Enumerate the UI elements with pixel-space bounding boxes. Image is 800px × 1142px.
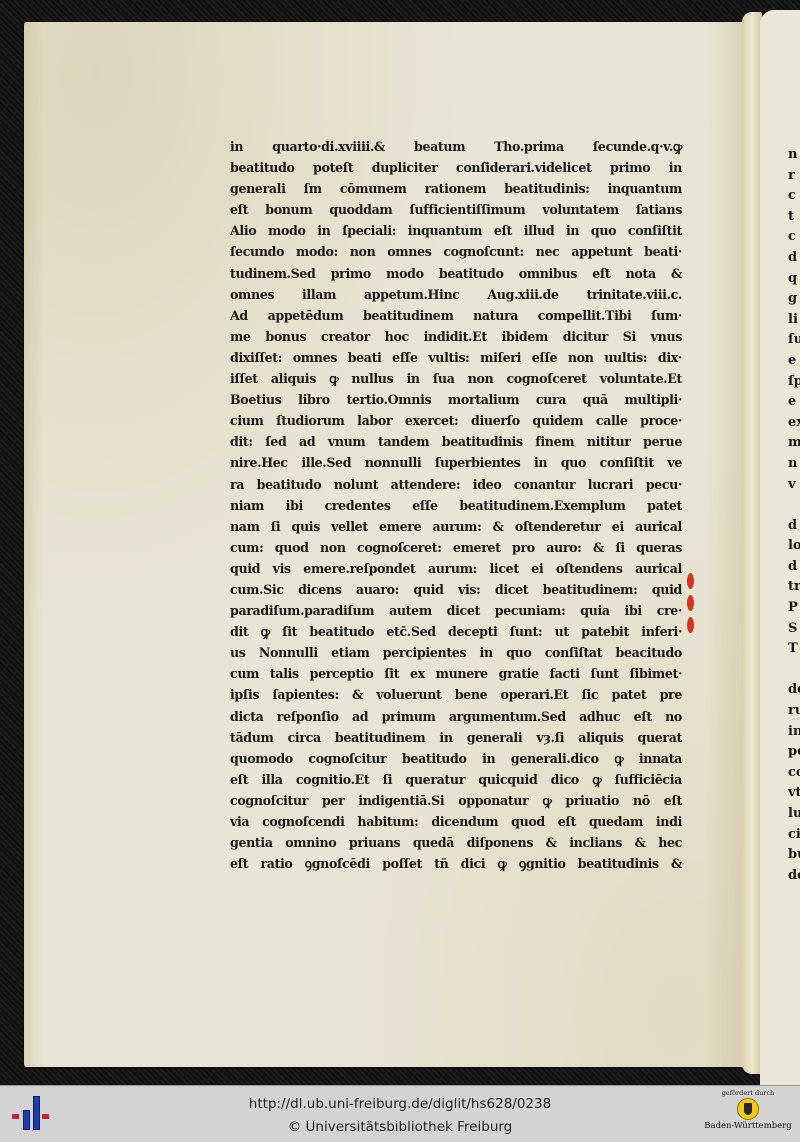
- text-line: paradiſum.paradiſum autem dicet pecuniam…: [230, 600, 682, 621]
- text-line: beatitudo poteſt dupliciter conſiderari.…: [230, 157, 682, 178]
- permalink-url[interactable]: http://dl.ub.uni-freiburg.de/diglit/hs62…: [0, 1096, 800, 1112]
- text-line: me bonus creator hoc indidit.Et ibidem d…: [230, 326, 682, 347]
- text-line: cum talis perceptio ſit ex munere gratie…: [230, 663, 682, 684]
- text-line: quid vis emere.reſpondet aurum: licet ei…: [230, 558, 682, 579]
- text-line: dit: ſed ad vnum tandem beatitudinis fin…: [230, 431, 682, 452]
- text-line: Boetius libro tertio.Omnis mortalium cur…: [230, 389, 682, 410]
- sponsor-label: gefördert durch: [700, 1089, 796, 1097]
- rubric-mark: [687, 617, 694, 633]
- footer-bar: http://dl.ub.uni-freiburg.de/diglit/hs62…: [0, 1085, 800, 1142]
- text-line: tādum circa beatitudinem in generali vȝ.…: [230, 727, 682, 748]
- manuscript-text-block: in quarto·di.xviiii.& beatum Tho.prima ſ…: [230, 136, 682, 874]
- text-line: dixiſſet: omnes beati eſſe vultis: miſer…: [230, 347, 682, 368]
- sponsor-badge[interactable]: gefördert durch Baden-Württemberg: [700, 1089, 796, 1131]
- scan-viewport: n r c t c d q g li ſu e ſp e ex m n v d …: [0, 0, 800, 1085]
- text-line: eſt ratio ꝯgnoſcēdi poſſet tn̄ dici ꝙ ꝯg…: [230, 853, 682, 874]
- text-line: ra beatitudo nolunt attendere: ideo cona…: [230, 474, 682, 495]
- text-line: via cognoſcendi habitum: dicendum quod e…: [230, 811, 682, 832]
- text-line: gentia omnino priuans quedā diſponens & …: [230, 832, 682, 853]
- text-line: quomodo cognoſcitur beatitudo in general…: [230, 748, 682, 769]
- text-line: Ad appetēdum beatitudinem natura compell…: [230, 305, 682, 326]
- text-line: us Nonnulli etiam percipientes in quo co…: [230, 642, 682, 663]
- text-line: Alio modo in ſpeciali: inquantum eſt ill…: [230, 220, 682, 241]
- text-line: ipſis ſapientes: & voluerunt bene operar…: [230, 684, 682, 705]
- text-line: ſecundo modo: non omnes cognoſcunt: nec …: [230, 241, 682, 262]
- text-line: generali ſm cōmunem rationem beatitudini…: [230, 178, 682, 199]
- text-line: tudinem.Sed primo modo beatitudo omnibus…: [230, 263, 682, 284]
- text-line: eſt bonum quoddam ſufficientiſſimum volu…: [230, 199, 682, 220]
- baden-wuerttemberg-crest-icon: [737, 1098, 759, 1120]
- copyright-notice: © Universitätsbibliothek Freiburg: [0, 1119, 800, 1135]
- rubric-mark: [687, 573, 694, 589]
- marginal-rubric-marks: [687, 573, 697, 639]
- page-gutter: [742, 12, 762, 1074]
- text-line: cium ſtudiorum labor exercet: diuerſo qu…: [230, 410, 682, 431]
- text-line: eſt illa cognitio.Et ſi queratur quicqui…: [230, 769, 682, 790]
- text-line: cognoſcitur per indigentiā.Si opponatur …: [230, 790, 682, 811]
- text-line: niam ibi credentes eſſe beatitudinem.Exe…: [230, 495, 682, 516]
- text-line: dit ꝙ ſit beatitudo etc̄.Sed decepti ſun…: [230, 621, 682, 642]
- text-line: in quarto·di.xviiii.& beatum Tho.prima ſ…: [230, 136, 682, 157]
- text-line: nam ſi quis vellet emere aurum: & oſtend…: [230, 516, 682, 537]
- rubric-mark: [687, 595, 694, 611]
- text-line: dicta reſponſio ad primum argumentum.Sed…: [230, 706, 682, 727]
- text-line: cum.Sic dicens auaro: quid vis: dicet be…: [230, 579, 682, 600]
- text-line: iſſet aliquis ꝙ nullus in ſua non cognoſ…: [230, 368, 682, 389]
- text-line: omnes illam appetum.Hinc Aug.xiii.de tri…: [230, 284, 682, 305]
- facing-recto-page: n r c t c d q g li ſu e ſp e ex m n v d …: [760, 10, 800, 1085]
- sponsor-name: Baden-Württemberg: [700, 1121, 796, 1131]
- facing-page-text-fragments: n r c t c d q g li ſu e ſp e ex m n v d …: [788, 145, 800, 886]
- text-line: nire.Hec ille.Sed nonnulli ſuperbientes …: [230, 452, 682, 473]
- text-line: cum: quod non cognoſceret: emeret pro au…: [230, 537, 682, 558]
